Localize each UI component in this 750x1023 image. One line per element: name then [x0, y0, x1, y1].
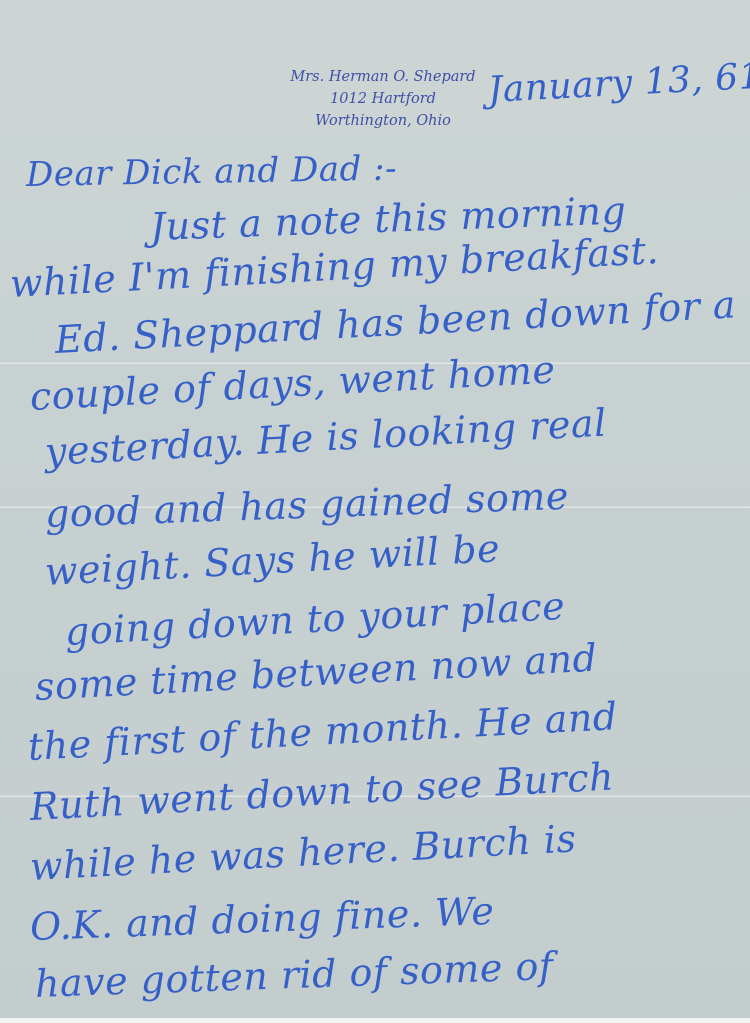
letter-page: Mrs. Herman O. Shepard 1012 Hartford Wor… — [0, 0, 750, 1018]
salutation: Dear Dick and Dad :- — [26, 149, 398, 195]
body-line: O.K. and doing fine. We — [29, 889, 495, 949]
letterhead: Mrs. Herman O. Shepard 1012 Hartford Wor… — [258, 66, 508, 132]
body-line: while he was here. Burch is — [29, 816, 578, 889]
body-line: Ruth went down to see Burch — [29, 754, 615, 829]
body-line: weight. Says he will be — [44, 526, 501, 594]
letterhead-city: Worthington, Ohio — [258, 110, 508, 132]
body-line: have gotten rid of some of — [34, 944, 554, 1006]
letterhead-street: 1012 Hartford — [258, 88, 508, 110]
letter-date: January 13, 61 — [487, 56, 750, 111]
letterhead-name: Mrs. Herman O. Shepard — [258, 66, 508, 88]
